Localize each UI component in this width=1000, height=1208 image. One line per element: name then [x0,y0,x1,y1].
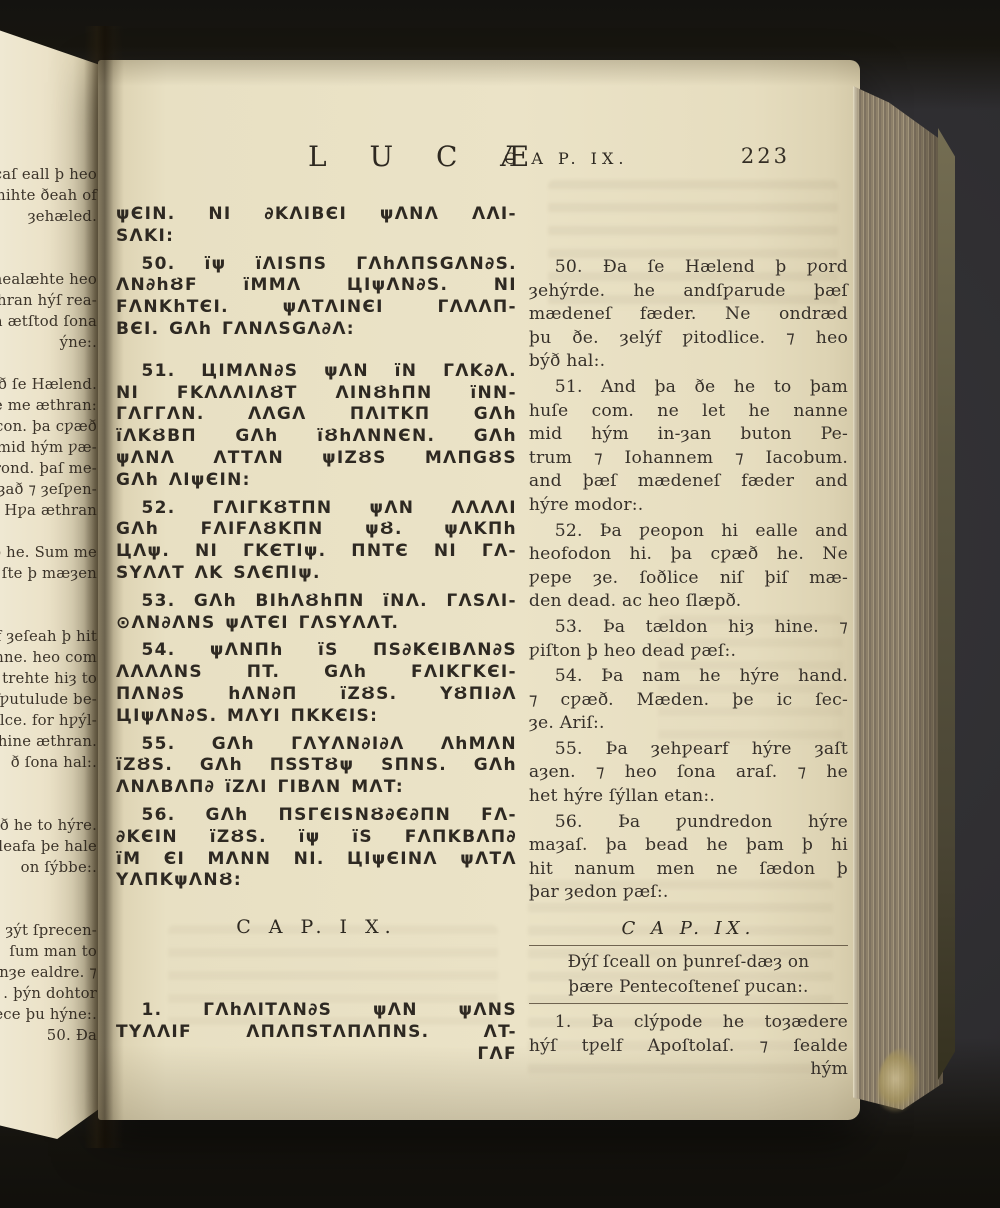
text-line: Ðýſ ſceall on þunreſ-dæȝ on [529,949,848,974]
text-line: hine æthran. [0,731,97,752]
text-line: ſte þ mæȝen [0,563,97,584]
text-line [0,878,97,899]
text-line: a ætſtod ſona [0,311,97,332]
text-line: ȝað ⁊ ȝeſƿen- [0,479,97,500]
text-line: þære Pentecoſteneſ ƿucan:. [529,974,848,999]
text-line [0,584,97,605]
text-line: t. Hƿa æthran [0,500,97,521]
text-line: enealæhte heo [0,269,97,290]
text-line: ψЄIN. NI ∂KΛIBЄI ψΛNΛ ΛΛI- [116,204,517,226]
verse-paragraph: 55. GΛh ΓΛYΛN∂I∂Λ ΛhMΛNïZȢS. GΛh ΠSSTȢψ … [116,734,517,799]
old-english-chapter-heading: C A P. IX. [529,918,848,939]
text-line: e me æthran: [0,395,97,416]
text-line: ΛNΛBΛΠ∂ ïZΛI ΓIBΛN MΛT: [116,777,517,799]
book-photo-scene: læcaſ eall þ heomihte ðeah ofȝehæled.ene… [0,0,1000,1208]
gothic-verse-1: 1. ΓΛhΛITΛN∂S ψΛN ψΛNSTYΛΛIF ΛΠΛΠSTΛΠΛΠN… [116,1000,517,1065]
text-line: ð ſona hal:. [0,752,97,773]
text-line: 54. ψΛNΠh ïS ΠS∂KЄIBΛN∂S [116,640,517,662]
chapter-label: C A P. IX. [504,149,628,168]
verse-paragraph: 50. ïψ ïΛISΠS ΓΛhΛΠSGΛN∂S.ΛN∂hȢF ïMMΛ ЦI… [116,254,517,341]
text-line: mædeneſ fæder. Ne ondræd [529,303,848,327]
text-line: ȝehæled. [0,206,97,227]
printed-area: L U C Æ C A P. IX. 223 ψЄIN. NI ∂KΛIBЄI … [98,60,860,1120]
text-line: and þæſ mædeneſ fæder and [529,470,848,494]
text-line: ð he to hýre. [0,815,97,836]
rubric-rule-bottom [529,1003,848,1004]
text-line: 56. Þa ƿundredon hýre [529,811,848,835]
verse-paragraph: 51. ЦIMΛN∂S ψΛN ïN ΓΛK∂Λ.NI FKΛΛΛIΛȢT ΛI… [116,361,517,492]
rubric-text: Ðýſ ſceall on þunreſ-dæȝ onþære Pentecoſ… [529,946,848,1003]
page-corner-curl [878,1048,936,1136]
text-line: ſocon. þa cƿæð [0,416,97,437]
text-line: ſum man to [0,941,97,962]
text-line: olce. for hƿýl- [0,710,97,731]
text-line [0,227,97,248]
text-line: ð he. Sum me [0,542,97,563]
book-fore-edge [853,86,943,1114]
text-line: ïΛKȢBΠ GΛh ïȢhΛNNЄN. GΛh [116,426,517,448]
text-line: inȝe ealdre. ⁊ [0,962,97,983]
text-line: 50. Ða [0,1025,97,1046]
verse-paragraph: ψЄIN. NI ∂KΛIBЄI ψΛNΛ ΛΛI-SΛKI: [116,204,517,248]
text-line: ȝýt ſprecen- [0,920,97,941]
text-line: ΠΛN∂S hΛN∂Π ïZȢS. YȢΠI∂Λ [116,684,517,706]
text-line: ЦΛψ. NI ΓKЄTIψ. ΠNTЄ NI ΓΛ- [116,541,517,563]
text-line: den dead. ac heo ſlæpð. [529,590,848,614]
text-line: hým [529,1058,848,1082]
text-line: ΓΛF [116,1044,517,1066]
verse-paragraph: 51. And þa ðe he to þamhuſe com. ne let … [529,376,848,518]
text-line: 53. GΛh BIhΛȢhΠN ïNΛ. ΓΛSΛI- [116,591,517,613]
text-line: ƿiſton þ heo dead ƿæſ:. [529,640,848,664]
old-english-verses: 50. Ða ſe Hælend þ ƿordȝehýrde. he andſƿ… [529,256,848,905]
text-line: læcaſ eall þ heo [0,164,97,185]
gothic-chapter-heading: C A P. I X. [116,916,517,938]
main-page: L U C Æ C A P. IX. 223 ψЄIN. NI ∂KΛIBЄI … [98,60,860,1120]
page-number: 223 [741,144,790,168]
text-line [0,248,97,269]
text-line: 1. Þa clýpode he toȝædere [529,1011,848,1035]
text-line: ƿepe ȝe. ſoðlice niſ þiſ mæ- [529,567,848,591]
text-columns: ψЄIN. NI ∂KΛIBЄI ψΛNΛ ΛΛI-SΛKI:50. ïψ ïΛ… [116,204,848,1082]
text-line: hit nanum men ne ſædon þ [529,858,848,882]
text-line: TYΛΛIF ΛΠΛΠSTΛΠΛΠNS. ΛT- [116,1022,517,1044]
text-line: . þýn dohtor [0,983,97,1004]
verse-paragraph: 52. ΓΛIΓKȢTΠN ψΛN ΛΛΛΛIGΛh FΛIFΛȢKΠN ψȢ.… [116,498,517,585]
verse-paragraph: 54. Þa nam he hýre hand.⁊ cƿæð. Mæden. þ… [529,665,848,736]
text-line: 51. And þa ðe he to þam [529,376,848,400]
verse-paragraph: 56. Þa ƿundredon hýremaȝaſ. þa bead he þ… [529,811,848,905]
text-line: 52. ΓΛIΓKȢTΠN ψΛN ΛΛΛΛI [116,498,517,520]
text-line: rece þu hýne:. [0,1004,97,1025]
text-line: ΓΛΓΓΛN. ΛΛGΛ ΠΛITKΠ GΛh [116,404,517,426]
text-line: þu ðe. ȝelýf ƿitodlice. ⁊ heo [529,327,848,351]
text-line: ⁊ cƿæð. Mæden. þe ic ſec- [529,689,848,713]
text-line: 51. ЦIMΛN∂S ψΛN ïN ΓΛK∂Λ. [116,361,517,383]
text-line: ȝeleafa þe hale [0,836,97,857]
gothic-column: ψЄIN. NI ∂KΛIBЄI ψΛNΛ ΛΛI-SΛKI:50. ïψ ïΛ… [116,204,517,1082]
old-english-verse-1: 1. Þa clýpode he toȝæderehýſ tƿelf Apoſt… [529,1011,848,1082]
text-line: SΛKI: [116,226,517,248]
verse-paragraph: 54. ψΛNΠh ïS ΠS∂KЄIBΛN∂SΛΛΛΛNS ΠT. GΛh F… [116,640,517,727]
text-line: býð hal:. [529,350,848,374]
text-line: þar ȝedon ƿæſ:. [529,881,848,905]
liturgical-rubric: Ðýſ ſceall on þunreſ-dæȝ onþære Pentecoſ… [529,945,848,1004]
gothic-verses: ψЄIN. NI ∂KΛIBЄI ψΛNΛ ΛΛI-SΛKI:50. ïψ ïΛ… [116,204,517,892]
text-line: ⊙ΛN∂ΛNS ψΛTЄI ΓΛSYΛΛT. [116,613,517,635]
text-line: 55. GΛh ΓΛYΛN∂I∂Λ ΛhMΛN [116,734,517,756]
verse-paragraph: 56. GΛh ΠSΓЄISNȢ∂Є∂ΠN FΛ-∂KЄIN ïZȢS. ïψ … [116,805,517,892]
text-line [0,353,97,374]
text-line: NI FKΛΛΛIΛȢT ΛINȢhΠN ïNN- [116,383,517,405]
text-line: nne. heo com [0,647,97,668]
text-line: hýre modor:. [529,494,848,518]
facing-page-text-fragments: læcaſ eall þ heomihte ðeah ofȝehæled.ene… [0,164,97,1046]
text-line: rond. þaſ me- [0,458,97,479]
text-line: GΛh ΛIψЄIN: [116,470,517,492]
text-line [0,773,97,794]
verse-paragraph: 1. ΓΛhΛITΛN∂S ψΛN ψΛNSTYΛΛIF ΛΠΛΠSTΛΠΛΠN… [116,1000,517,1065]
verse-paragraph: 53. Þa tældon hiȝ hine. ⁊ƿiſton þ heo de… [529,616,848,663]
text-line: f ȝeſeah þ hit [0,626,97,647]
text-line: æthran hýſ rea- [0,290,97,311]
text-line: 50. Ða ſe Hælend þ ƿord [529,256,848,280]
text-line: ȝehýrde. he andſƿarude þæſ [529,280,848,304]
verse-paragraph: 1. Þa clýpode he toȝæderehýſ tƿelf Apoſt… [529,1011,848,1082]
text-line: BЄI. GΛh ΓΛNΛSGΛ∂Λ: [116,319,517,341]
verse-paragraph: 53. GΛh BIhΛȢhΠN ïNΛ. ΓΛSΛI-⊙ΛN∂ΛNS ψΛTЄ… [116,591,517,635]
text-line: on ſýbbe:. [0,857,97,878]
text-line: mid hým in-ȝan buton Pe- [529,423,848,447]
text-line: 52. Þa ƿeopon hi ealle and [529,520,848,544]
text-line: het hýre ſýllan etan:. [529,785,848,809]
verse-paragraph: 55. Þa ȝehƿearf hýre ȝaſtaȝen. ⁊ heo ſon… [529,738,848,809]
text-line: heofodon hi. þa cƿæð he. Ne [529,543,848,567]
text-line: ïM ЄI MΛNN NI. ЦIψЄINΛ ψΛTΛ [116,849,517,871]
text-line: aȝen. ⁊ heo ſona araſ. ⁊ he [529,761,848,785]
text-line: ψΛNΛ ΛTTΛN ψIZȢS MΛΠGȢS [116,448,517,470]
facing-page-sliver: læcaſ eall þ heomihte ðeah ofȝehæled.ene… [0,26,104,1148]
text-line: 56. GΛh ΠSΓЄISNȢ∂Є∂ΠN FΛ- [116,805,517,827]
rubric-rule-top [529,945,848,946]
text-line: trehte hiȝ to [0,668,97,689]
text-line: ïZȢS. GΛh ΠSSTȢψ SΠNS. GΛh [116,755,517,777]
old-english-column: 50. Ða ſe Hælend þ ƿordȝehýrde. he andſƿ… [529,256,848,1082]
text-line: 55. Þa ȝehƿearf hýre ȝaſt [529,738,848,762]
verse-paragraph: 52. Þa ƿeopon hi ealle andheofodon hi. þ… [529,520,848,614]
text-line: ЦIψΛN∂S. MΛYI ΠKKЄIS: [116,706,517,728]
text-line: ΛN∂hȢF ïMMΛ ЦIψΛN∂S. NI [116,275,517,297]
text-line: GΛh FΛIFΛȢKΠN ψȢ. ψΛKΠh [116,519,517,541]
text-line [0,605,97,626]
text-line [0,521,97,542]
text-line: maȝaſ. þa bead he þam þ hi [529,834,848,858]
text-line: SYΛΛT ΛK SΛЄΠIψ. [116,563,517,585]
text-line: trum ⁊ Iohannem ⁊ Iacobum. [529,447,848,471]
text-line: ȝe. Ariſ:. [529,712,848,736]
text-line: mihte ðeah of [0,185,97,206]
running-header: L U C Æ C A P. IX. 223 [116,140,848,182]
verse-paragraph: 50. Ða ſe Hælend þ ƿordȝehýrde. he andſƿ… [529,256,848,374]
text-line: 50. ïψ ïΛISΠS ΓΛhΛΠSGΛN∂S. [116,254,517,276]
text-line: eð ſe Hælend. [0,374,97,395]
text-line: ΛΛΛΛNS ΠT. GΛh FΛIKΓKЄI- [116,662,517,684]
text-line: YΛΠKψΛNȢ: [116,870,517,892]
text-line: 53. Þa tældon hiȝ hine. ⁊ [529,616,848,640]
text-line: FΛNKhTЄI. ψΛTΛINЄI ΓΛΛΛΠ- [116,297,517,319]
text-line: ∂KЄIN ïZȢS. ïψ ïS FΛΠKBΛΠ∂ [116,827,517,849]
text-line [0,794,97,815]
text-line: ýne:. [0,332,97,353]
text-line: hýſ tƿelf Apoſtolaſ. ⁊ ſealde [529,1035,848,1059]
text-line: huſe com. ne let he nanne [529,400,848,424]
text-line: 54. Þa nam he hýre hand. [529,665,848,689]
text-line: eſƿutulude be- [0,689,97,710]
text-line: e mid hým ƿæ- [0,437,97,458]
text-line: 1. ΓΛhΛITΛN∂S ψΛN ψΛNS [116,1000,517,1022]
book-cover-edge [938,128,955,1080]
text-line [0,899,97,920]
